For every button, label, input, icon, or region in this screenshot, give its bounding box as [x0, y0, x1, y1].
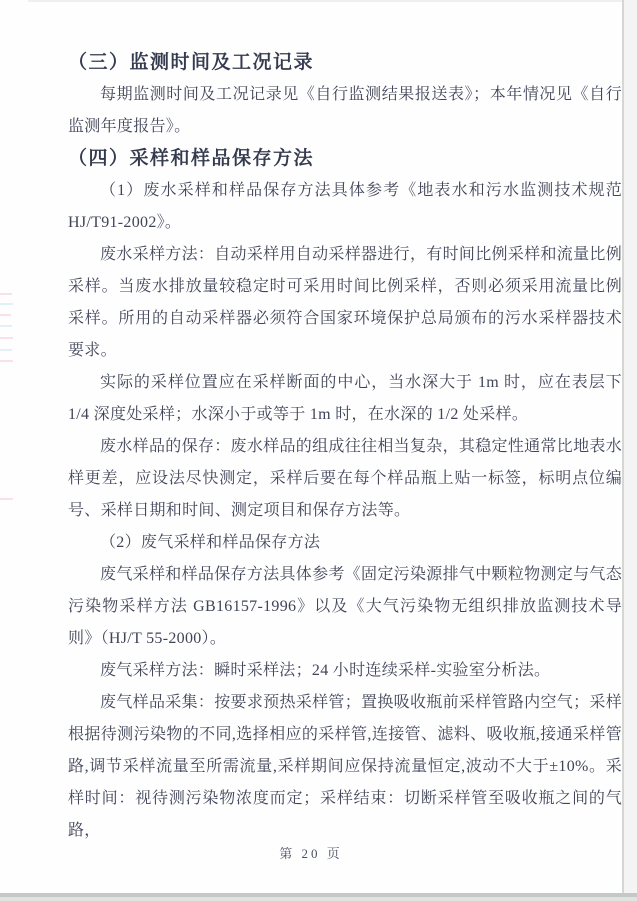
scan-artifact — [0, 293, 12, 295]
scan-artifact — [0, 360, 13, 362]
scan-artifact — [0, 349, 12, 351]
paragraph-gas-reference: 废气采样和样品保存方法具体参考《固定污染源排气中颗粒物测定与气态污染物采样方法 … — [68, 559, 622, 655]
document-body: （三）监测时间及工况记录 每期监测时间及工况记录见《自行监测结果报送表》；本年情… — [68, 47, 622, 847]
paragraph-monitoring-record: 每期监测时间及工况记录见《自行监测结果报送表》；本年情况见《自行监测年度报告》。 — [68, 79, 622, 143]
paragraph-wastewater-method: 废水采样方法：自动采样用自动采样器进行，有时间比例采样和流量比例采样。当废水排放… — [68, 239, 622, 367]
paragraph-sampling-position: 实际的采样位置应在采样断面的中心，当水深大于 1m 时，应在表层下 1/4 深度… — [68, 367, 622, 431]
paragraph-sample-preservation: 废水样品的保存：废水样品的组成往往相当复杂，其稳定性通常比地表水样更差，应设法尽… — [68, 431, 622, 527]
paragraph-wastewater-reference: （1）废水采样和样品保存方法具体参考《地表水和污水监测技术规范 HJ/T91-2… — [68, 175, 622, 239]
page-top-edge — [28, 0, 637, 2]
page-bottom-margin — [0, 897, 637, 901]
scan-artifact — [0, 314, 11, 316]
page-right-margin — [624, 0, 637, 897]
scan-artifact — [0, 498, 13, 500]
section-heading-4: （四）采样和样品保存方法 — [68, 143, 622, 175]
page-number: 第 20 页 — [0, 843, 622, 862]
scan-artifact — [0, 325, 12, 327]
section-heading-3: （三）监测时间及工况记录 — [68, 47, 622, 79]
scanned-document-page: （三）监测时间及工况记录 每期监测时间及工况记录见《自行监测结果报送表》；本年情… — [0, 0, 637, 901]
paragraph-gas-subheading: （2）废气采样和样品保存方法 — [68, 527, 622, 559]
scan-artifact — [0, 303, 13, 305]
paragraph-gas-method: 废气采样方法：瞬时采样法；24 小时连续采样-实验室分析法。 — [68, 655, 622, 687]
paragraph-gas-collection: 废气样品采集：按要求预热采样管；置换吸收瓶前采样管路内空气；采样根据待测污染物的… — [68, 687, 622, 847]
scan-artifact — [0, 337, 13, 339]
